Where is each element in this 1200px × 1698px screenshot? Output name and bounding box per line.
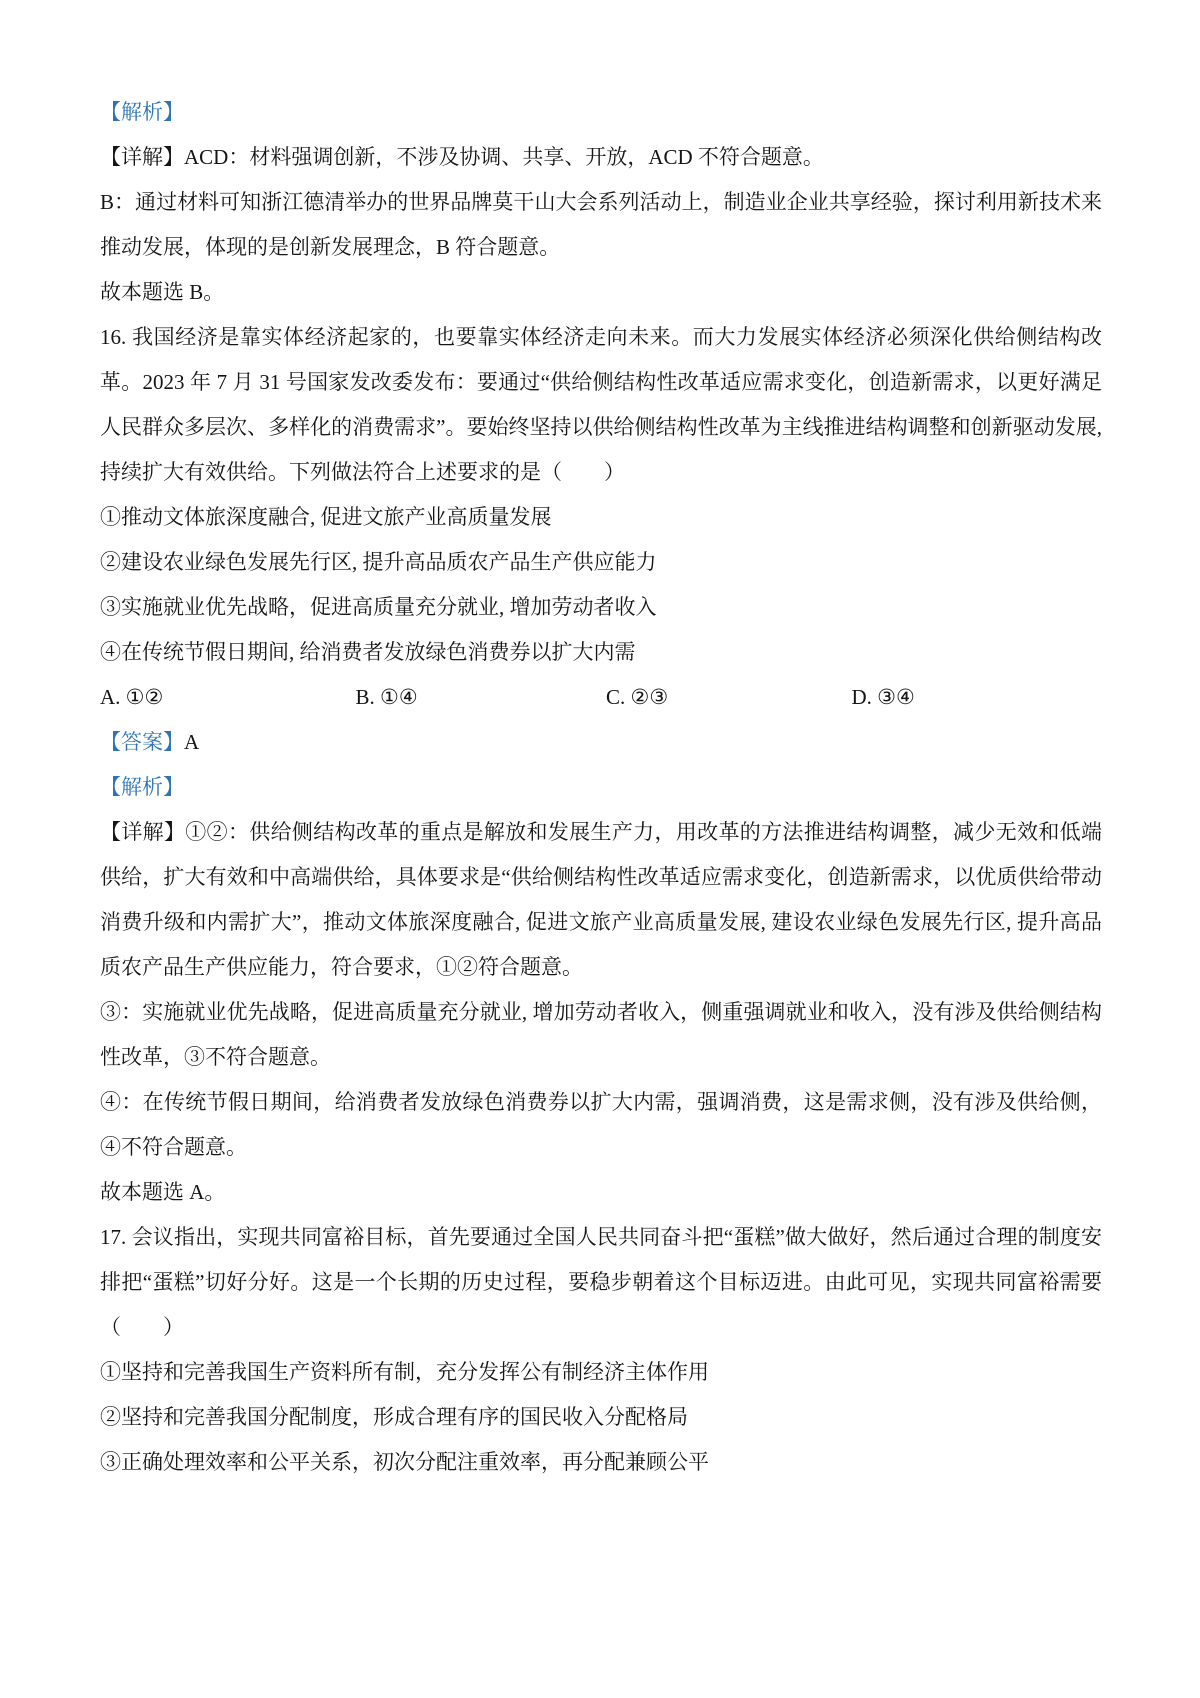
q16-detail-paragraph: 【详解】①②：供给侧结构改革的重点是解放和发展生产力，用改革的方法推进结构调整，… — [100, 810, 1102, 990]
q16-conclusion: 故本题选 A。 — [100, 1170, 1102, 1215]
q16-answer-line: 【答案】A — [100, 720, 1102, 765]
exam-answer-page: 【解析】 【详解】ACD：材料强调创新，不涉及协调、共享、开放，ACD 不符合题… — [0, 0, 1200, 1698]
q15-detail-paragraph: 【详解】ACD：材料强调创新，不涉及协调、共享、开放，ACD 不符合题意。 — [100, 135, 1102, 180]
q15-analysis-line: 【解析】 — [100, 90, 1102, 135]
q16-item-2: ②建设农业绿色发展先行区, 提升高品质农产品生产供应能力 — [100, 540, 1102, 585]
question-16-stem: 16. 我国经济是靠实体经济起家的，也要靠实体经济走向未来。而大力发展实体经济必… — [100, 315, 1102, 495]
q17-item-1: ①坚持和完善我国生产资料所有制，充分发挥公有制经济主体作用 — [100, 1350, 1102, 1395]
analysis-tag: 【解析】 — [100, 100, 184, 124]
question-17-stem: 17. 会议指出，实现共同富裕目标，首先要通过全国人民共同奋斗把“蛋糕”做大做好… — [100, 1215, 1102, 1350]
q17-item-2: ②坚持和完善我国分配制度，形成合理有序的国民收入分配格局 — [100, 1395, 1102, 1440]
q16-option-a: A. ①② — [100, 675, 356, 720]
q15-conclusion: 故本题选 B。 — [100, 270, 1102, 315]
q16-item-1: ①推动文体旅深度融合, 促进文旅产业高质量发展 — [100, 495, 1102, 540]
q16-item-4: ④在传统节假日期间, 给消费者发放绿色消费券以扩大内需 — [100, 630, 1102, 675]
exam-answer-document: 【解析】 【详解】ACD：材料强调创新，不涉及协调、共享、开放，ACD 不符合题… — [0, 0, 1200, 1485]
q16-detail-3-paragraph: ③：实施就业优先战略，促进高质量充分就业, 增加劳动者收入，侧重强调就业和收入，… — [100, 990, 1102, 1080]
q16-item-3: ③实施就业优先战略，促进高质量充分就业, 增加劳动者收入 — [100, 585, 1102, 630]
q16-analysis-line: 【解析】 — [100, 765, 1102, 810]
q16-option-c: C. ②③ — [606, 675, 851, 720]
analysis-tag: 【解析】 — [100, 775, 184, 799]
answer-value: A — [184, 730, 199, 754]
q15-detail-b-paragraph: B：通过材料可知浙江德清举办的世界品牌莫干山大会系列活动上，制造业企业共享经验，… — [100, 180, 1102, 270]
q17-item-3: ③正确处理效率和公平关系，初次分配注重效率，再分配兼顾公平 — [100, 1440, 1102, 1485]
q16-option-d: D. ③④ — [851, 675, 1102, 720]
answer-tag: 【答案】 — [100, 730, 184, 754]
q16-option-b: B. ①④ — [356, 675, 607, 720]
q16-detail-4-paragraph: ④：在传统节假日期间，给消费者发放绿色消费券以扩大内需，强调消费，这是需求侧，没… — [100, 1080, 1102, 1170]
q16-options-row: A. ①② B. ①④ C. ②③ D. ③④ — [100, 675, 1102, 720]
